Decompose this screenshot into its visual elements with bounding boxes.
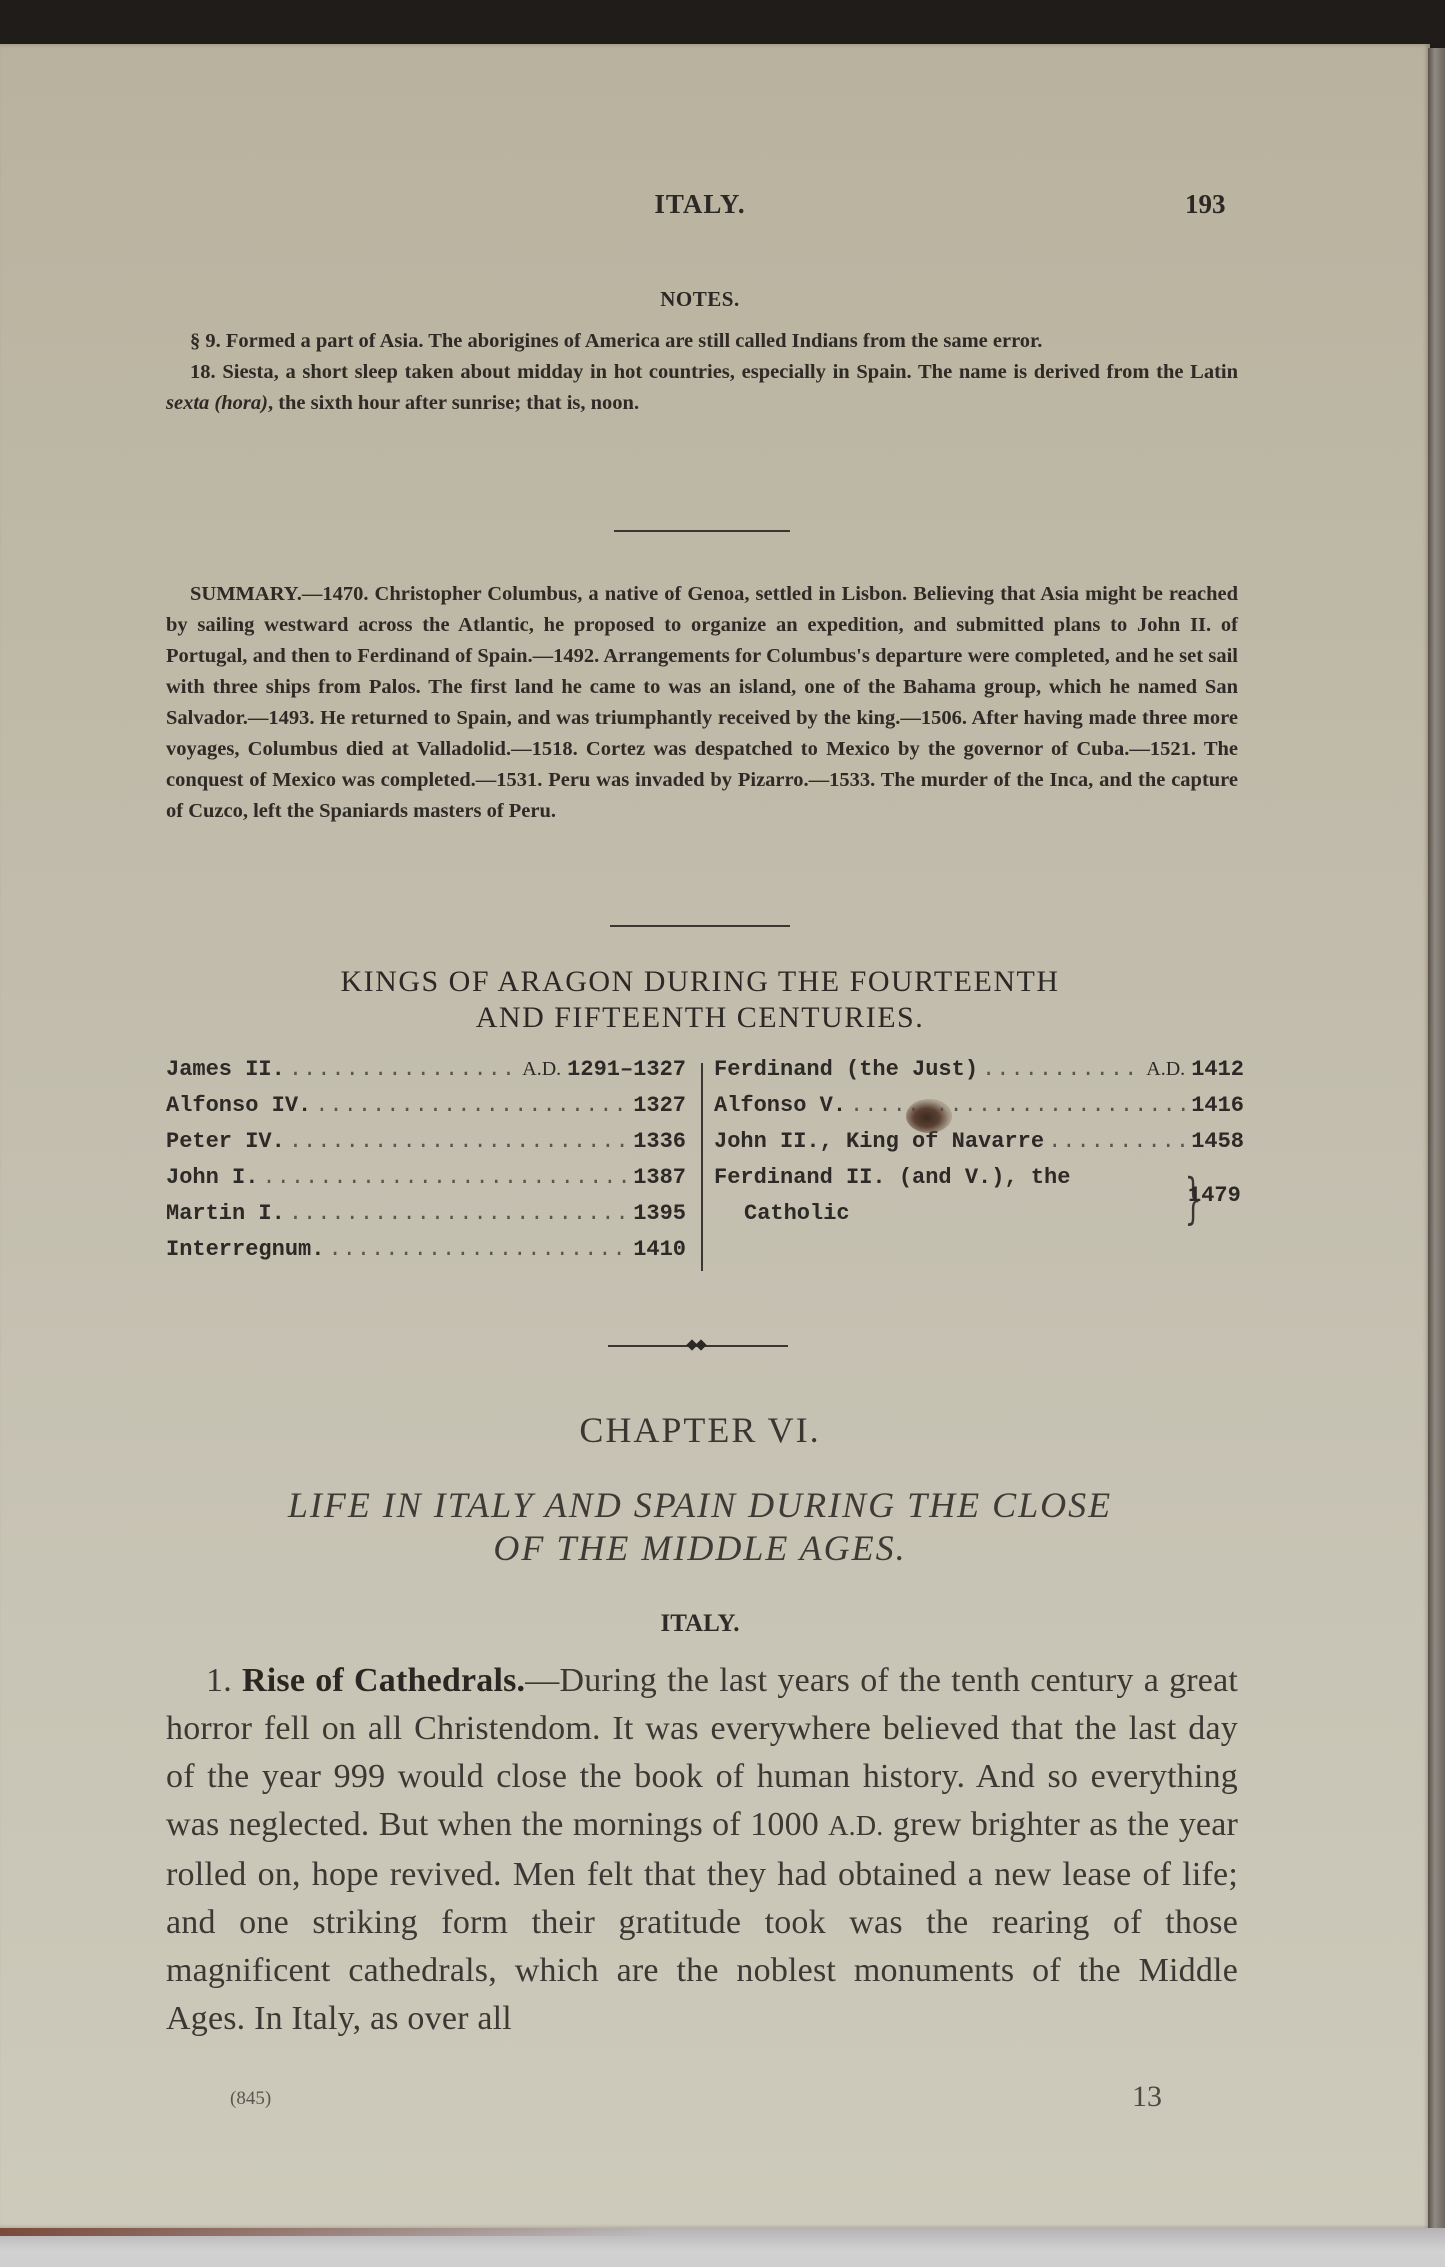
note-item: 18. Siesta, a short sleep taken about mi…	[166, 357, 1238, 419]
note-ref: § 9.	[190, 330, 221, 352]
kings-table-title: KINGS OF ARAGON DURING THE FOURTEENTH AN…	[0, 964, 1400, 1036]
signature-mark: 13	[1132, 2080, 1162, 2114]
king-name: Interregnum.	[166, 1237, 324, 1262]
king-year: 1387	[633, 1165, 686, 1190]
king-row: John I. 1387	[166, 1165, 686, 1201]
latin-gloss: (hora)	[214, 392, 268, 414]
leader-dots	[289, 1129, 629, 1154]
kings-right-column: Ferdinand (the Just) A.D. 1412 Alfonso V…	[714, 1057, 1244, 1237]
king-name: James II.	[166, 1057, 285, 1082]
king-name: Ferdinand (the Just)	[714, 1057, 978, 1082]
era-label: A.D.	[828, 1811, 883, 1842]
king-year: 1395	[633, 1201, 686, 1226]
king-name: Martin I.	[166, 1201, 285, 1226]
summary-block: SUMMARY.—1470. Christopher Columbus, a n…	[166, 579, 1238, 827]
photo-background-bottom	[0, 2228, 1445, 2267]
kings-title-line: KINGS OF ARAGON DURING THE FOURTEENTH	[0, 964, 1400, 1000]
king-name: Ferdinand II. (and V.), the	[714, 1165, 1070, 1190]
section-heading: ITALY.	[0, 1610, 1400, 1638]
king-year: 1458	[1191, 1129, 1244, 1154]
note-text: The aborigines of America are still call…	[428, 330, 1042, 352]
king-name-continued: Catholic	[744, 1201, 1172, 1226]
summary-text: —1470. Christopher Columbus, a native of…	[166, 583, 1238, 822]
king-row: Alfonso IV. 1327	[166, 1093, 686, 1129]
chapter-number: CHAPTER VI.	[0, 1409, 1400, 1451]
king-year: 1412	[1191, 1057, 1244, 1082]
kings-title-line: AND FIFTEENTH CENTURIES.	[0, 1000, 1400, 1036]
ornamental-divider	[608, 1341, 788, 1351]
paragraph-heading: Rise of Cathedrals.	[242, 1662, 525, 1699]
king-year: 1336	[633, 1129, 686, 1154]
photo-background-top	[0, 0, 1445, 44]
king-name: Alfonso IV.	[166, 1093, 311, 1118]
chapter-title-line: LIFE IN ITALY AND SPAIN DURING THE CLOSE	[0, 1484, 1400, 1527]
king-row: Peter IV. 1336	[166, 1129, 686, 1165]
king-row: James II. A.D. 1291–1327	[166, 1057, 686, 1093]
note-ref: 18.	[190, 361, 216, 383]
king-name: Alfonso V.	[714, 1093, 846, 1118]
summary-paragraph: SUMMARY.—1470. Christopher Columbus, a n…	[166, 579, 1238, 827]
chapter-title-line: OF THE MIDDLE AGES.	[0, 1527, 1400, 1570]
king-row: Ferdinand II. (and V.), the Catholic } 1…	[714, 1165, 1244, 1237]
note-item: § 9. Formed a part of Asia. The aborigin…	[166, 326, 1238, 357]
leader-dots	[315, 1093, 629, 1118]
summary-label: SUMMARY.	[190, 583, 302, 605]
ornament-diamond-icon	[695, 1339, 706, 1350]
paragraph: 1. Rise of Cathedrals.—During the last y…	[166, 1657, 1238, 2043]
printer-signature: (845)	[230, 2088, 271, 2110]
leader-dots	[850, 1093, 1187, 1118]
edge-stain	[0, 2228, 650, 2236]
notes-heading: NOTES.	[0, 287, 1400, 312]
note-text: , the sixth hour after sunrise; that is,…	[268, 392, 639, 414]
king-year: 1327	[633, 1093, 686, 1118]
leader-dots	[982, 1057, 1142, 1082]
king-name: Peter IV.	[166, 1129, 285, 1154]
body-paragraph: 1. Rise of Cathedrals.—During the last y…	[166, 1657, 1238, 2043]
king-year: 1416	[1191, 1093, 1244, 1118]
column-divider	[701, 1063, 703, 1271]
leader-dots	[262, 1165, 629, 1190]
book-page: ITALY. 193 NOTES. § 9. Formed a part of …	[0, 44, 1430, 2228]
note-text: a short sleep taken about midday in hot …	[285, 361, 1238, 383]
leader-dots	[328, 1237, 629, 1262]
king-row: Martin I. 1395	[166, 1201, 686, 1237]
king-year: 1291–1327	[567, 1057, 686, 1082]
note-term: Formed a part of Asia.	[226, 330, 424, 352]
note-term: Siesta,	[222, 361, 278, 383]
leader-dots	[289, 1201, 629, 1226]
era-label: A.D.	[1146, 1058, 1185, 1081]
page-number: 193	[1185, 189, 1226, 220]
era-label: A.D.	[522, 1058, 561, 1081]
notes-list: § 9. Formed a part of Asia. The aborigin…	[166, 326, 1238, 419]
king-name: Catholic	[744, 1201, 850, 1226]
paragraph-number: 1.	[206, 1662, 232, 1699]
king-year: 1479	[1188, 1183, 1241, 1208]
king-row: Alfonso V. 1416	[714, 1093, 1244, 1129]
section-divider	[614, 530, 790, 532]
ink-stain	[906, 1099, 952, 1133]
page-edge	[1428, 48, 1445, 2228]
latin-word: sexta	[166, 392, 209, 414]
king-name: John II., King of Navarre	[714, 1129, 1044, 1154]
king-year: 1410	[633, 1237, 686, 1262]
king-name: John I.	[166, 1165, 258, 1190]
section-divider	[610, 925, 790, 927]
leader-dots	[1048, 1129, 1187, 1154]
king-row: John II., King of Navarre 1458	[714, 1129, 1244, 1165]
chapter-title: LIFE IN ITALY AND SPAIN DURING THE CLOSE…	[0, 1484, 1400, 1570]
leader-dots	[289, 1057, 518, 1082]
king-row: Interregnum. 1410	[166, 1237, 686, 1273]
king-row: Ferdinand (the Just) A.D. 1412	[714, 1057, 1244, 1093]
kings-left-column: James II. A.D. 1291–1327 Alfonso IV. 132…	[166, 1057, 686, 1273]
